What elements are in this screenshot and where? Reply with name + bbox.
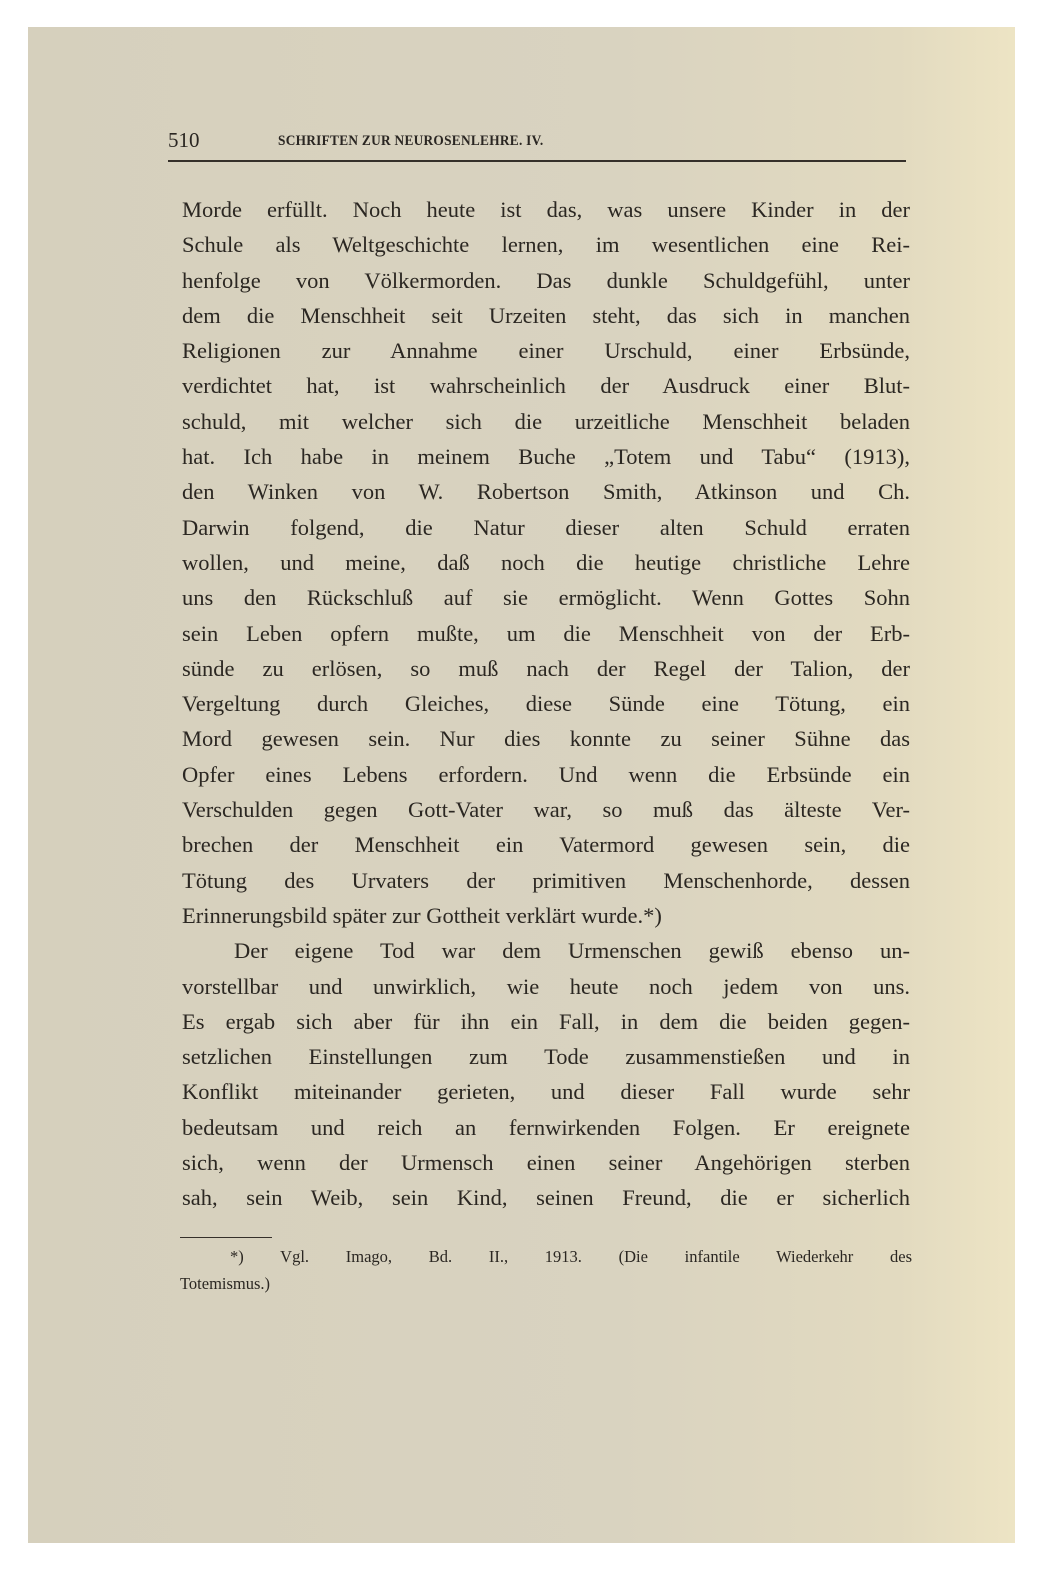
text-line: hat. Ich habe in meinem Buche „Totem und… (182, 439, 910, 474)
text-line: Konflikt miteinander gerieten, und diese… (182, 1074, 910, 1109)
text-line: dem die Menschheit seit Urzeiten steht, … (182, 298, 910, 333)
text-line: Mord gewesen sein. Nur dies konnte zu se… (182, 721, 910, 756)
text-line: Religionen zur Annahme einer Urschuld, e… (182, 333, 910, 368)
header-rule (168, 160, 906, 162)
text-line: Verschulden gegen Gott-Vater war, so muß… (182, 792, 910, 827)
text-line-paragraph-end: Erinnerungsbild später zur Gottheit verk… (182, 898, 910, 933)
footnote-line: Totemismus.) (180, 1270, 912, 1297)
running-title: SCHRIFTEN ZUR NEUROSENLEHRE. IV. (278, 133, 543, 150)
footnote-line: *) Vgl. Imago, Bd. II., 1913. (Die infan… (180, 1243, 912, 1270)
text-line: bedeutsam und reich an fernwirkenden Fol… (182, 1110, 910, 1145)
text-line: brechen der Menschheit ein Vatermord gew… (182, 827, 910, 862)
page-header: 510 SCHRIFTEN ZUR NEUROSENLEHRE. IV. (168, 128, 906, 154)
text-line: vorstellbar und unwirklich, wie heute no… (182, 969, 910, 1004)
text-line: sein Leben opfern mußte, um die Menschhe… (182, 616, 910, 651)
text-line: uns den Rückschluß auf sie ermöglicht. W… (182, 580, 910, 615)
text-line: Es ergab sich aber für ihn ein Fall, in … (182, 1004, 910, 1039)
footnote: *) Vgl. Imago, Bd. II., 1913. (Die infan… (180, 1243, 912, 1297)
text-line: Morde erfüllt. Noch heute ist das, was u… (182, 192, 910, 227)
text-line: sich, wenn der Urmensch einen seiner Ang… (182, 1145, 910, 1180)
text-line: Vergeltung durch Gleiches, diese Sünde e… (182, 686, 910, 721)
text-line: henfolge von Völkermorden. Das dunkle Sc… (182, 263, 910, 298)
text-line: Tötung des Urvaters der primitiven Mensc… (182, 863, 910, 898)
text-line: verdichtet hat, ist wahrscheinlich der A… (182, 368, 910, 403)
text-line: den Winken von W. Robertson Smith, Atkin… (182, 474, 910, 509)
text-line: sünde zu erlösen, so muß nach der Regel … (182, 651, 910, 686)
text-line: Opfer eines Lebens erfordern. Und wenn d… (182, 757, 910, 792)
text-line: schuld, mit welcher sich die urzeitliche… (182, 404, 910, 439)
body-text: Morde erfüllt. Noch heute ist das, was u… (182, 192, 910, 1216)
text-line: setzlichen Einstellungen zum Tode zusamm… (182, 1039, 910, 1074)
footnote-rule (180, 1237, 272, 1238)
page-number: 510 (168, 128, 200, 153)
text-line: Schule als Weltgeschichte lernen, im wes… (182, 227, 910, 262)
text-line: Darwin folgend, die Natur dieser alten S… (182, 510, 910, 545)
text-line: wollen, und meine, daß noch die heutige … (182, 545, 910, 580)
text-line-paragraph-start: Der eigene Tod war dem Urmenschen gewiß … (182, 933, 910, 968)
text-line: sah, sein Weib, sein Kind, seinen Freund… (182, 1180, 910, 1215)
